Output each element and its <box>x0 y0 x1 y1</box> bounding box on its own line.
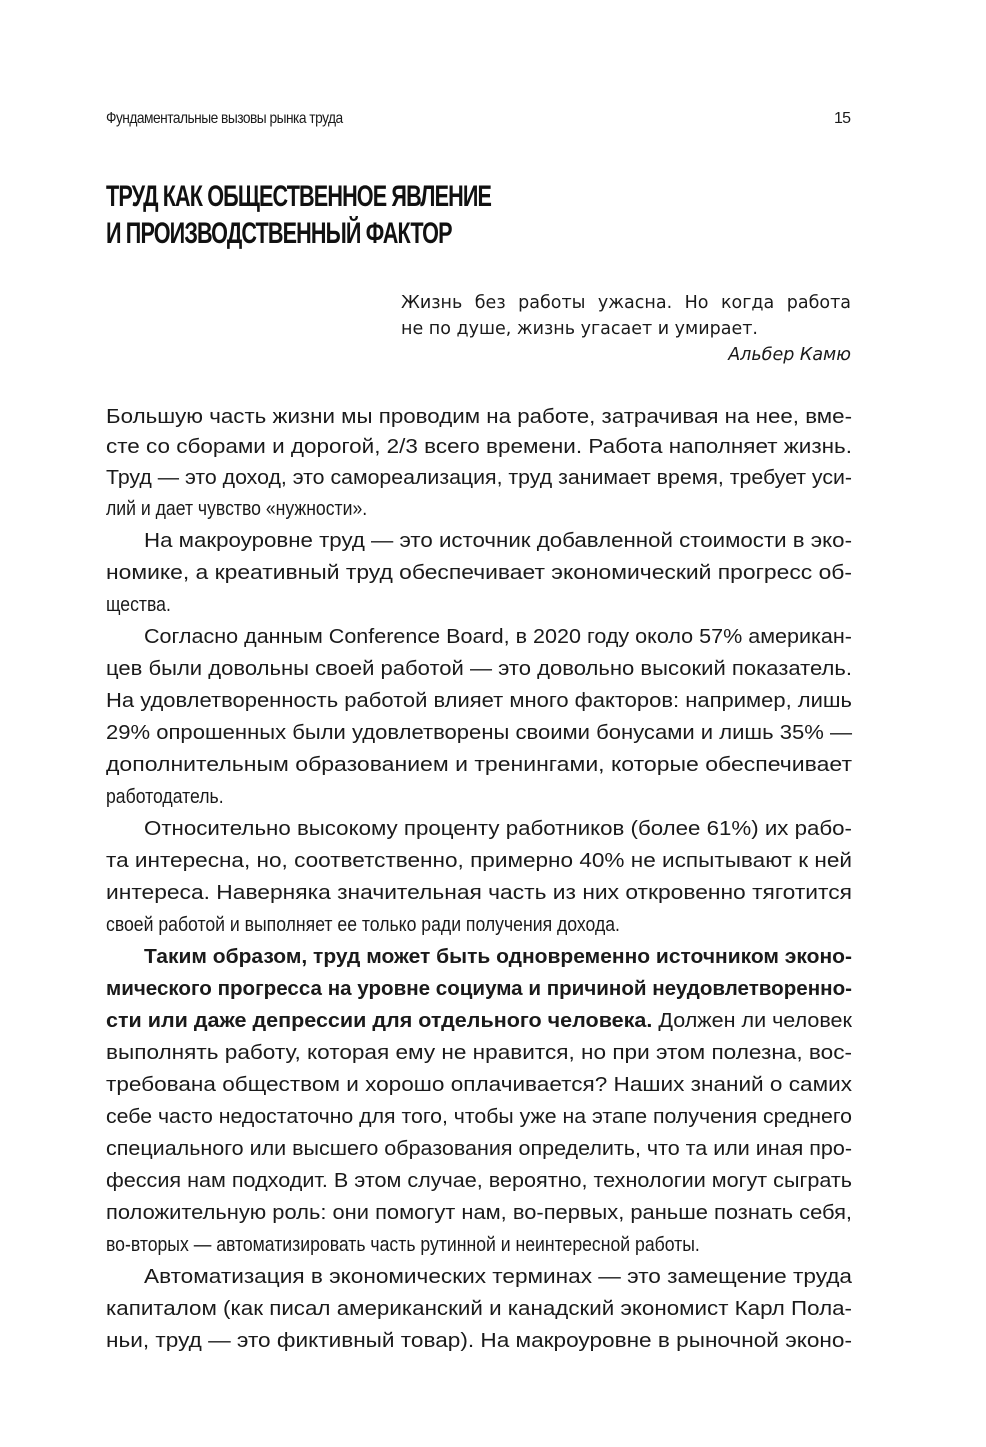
body-line-text: номике, а креативный труд обеспечивает э… <box>106 558 852 588</box>
chapter-title-line-2: И ПРОИЗВОДСТВЕННЫЙ ФАКТОР <box>106 215 491 252</box>
body-line: выполнять работу, которая ему не нравитс… <box>106 1038 852 1068</box>
body-line-text: дополнительным образованием и тренингами… <box>106 750 852 780</box>
body-line: сти или даже депрессии для отдельного че… <box>106 1006 852 1036</box>
body-line: специального или высшего образования опр… <box>106 1134 852 1164</box>
body-line: цев были довольны своей работой — это до… <box>106 654 852 684</box>
body-line-text: та интересна, но, соответственно, пример… <box>106 846 852 876</box>
body-line-text: мического прогресса на уровне социума и … <box>106 974 852 1004</box>
body-line: ньи, труд — это фиктивный товар). На мак… <box>106 1326 852 1356</box>
body-line-text: цев были довольны своей работой — это до… <box>106 654 852 684</box>
body-line: работодатель. <box>106 782 852 812</box>
body-line-text: 29% опрошенных были удовлетворены своими… <box>106 718 852 748</box>
epigraph: Жизнь без работы ужасна. Но когда работа… <box>401 290 851 368</box>
body-line: Таким образом, труд может быть одновреме… <box>106 942 852 972</box>
body-line: Труд — это доход, это самореализация, тр… <box>106 463 852 493</box>
body-line: мического прогресса на уровне социума и … <box>106 974 852 1004</box>
epigraph-quote-line-1: Жизнь без работы ужасна. Но когда работа <box>401 290 851 316</box>
body-line: во-вторых — автоматизировать часть рутин… <box>106 1230 852 1260</box>
body-line: та интересна, но, соответственно, пример… <box>106 846 852 876</box>
page-number: 15 <box>834 110 850 128</box>
body-line-text: положительную роль: они помогут нам, во-… <box>106 1198 852 1228</box>
body-line: капиталом (как писал американский и кана… <box>106 1294 852 1324</box>
body-line-text: требована обществом и хорошо оплачиваетс… <box>106 1070 852 1100</box>
running-header: Фундаментальные вызовы рынка труда <box>106 110 748 134</box>
body-line-text: щества. <box>106 590 171 620</box>
body-line-text: работодатель. <box>106 782 224 812</box>
chapter-title-line-1: ТРУД КАК ОБЩЕСТВЕННОЕ ЯВЛЕНИЕ <box>106 178 491 215</box>
body-line-text: На макроуровне труд — это источник добав… <box>144 526 852 556</box>
body-line: требована обществом и хорошо оплачиваетс… <box>106 1070 852 1100</box>
body-line: лий и дает чувство «нужности». <box>106 494 852 524</box>
body-line-text: Согласно данным Conference Board, в 2020… <box>144 622 852 652</box>
running-title: Фундаментальные вызовы рынка труда <box>106 110 343 128</box>
body-line-text: Автоматизация в экономических терминах —… <box>144 1262 852 1292</box>
chapter-title: ТРУД КАК ОБЩЕСТВЕННОЕ ЯВЛЕНИЕ И ПРОИЗВОД… <box>106 178 491 252</box>
body-line-text: себе часто недостаточно для того, чтобы … <box>106 1102 852 1132</box>
body-line-text: капиталом (как писал американский и кана… <box>106 1294 852 1324</box>
body-line: себе часто недостаточно для того, чтобы … <box>106 1102 852 1132</box>
body-line: положительную роль: они помогут нам, во-… <box>106 1198 852 1228</box>
body-line-text: фессия нам подходит. В этом случае, веро… <box>106 1166 852 1196</box>
body-line-text: интереса. Наверняка значительная часть и… <box>106 878 852 908</box>
body-line-text: Труд — это доход, это самореализация, тр… <box>106 463 852 493</box>
body-line: 29% опрошенных были удовлетворены своими… <box>106 718 852 748</box>
body-line: фессия нам подходит. В этом случае, веро… <box>106 1166 852 1196</box>
body-line-text: своей работой и выполняет ее только ради… <box>106 910 620 940</box>
body-line: Большую часть жизни мы проводим на работ… <box>106 402 852 432</box>
body-line: Относительно высокому проценту работнико… <box>106 814 852 844</box>
epigraph-author: Альбер Камю <box>401 342 851 368</box>
body-line-text: Большую часть жизни мы проводим на работ… <box>106 402 852 432</box>
body-line: Автоматизация в экономических терминах —… <box>106 1262 852 1292</box>
body-line: На удовлетворенность работой влияет мног… <box>106 686 852 716</box>
body-line-text: лий и дает чувство «нужности». <box>106 494 367 524</box>
body-line: дополнительным образованием и тренингами… <box>106 750 852 780</box>
body-line-text: Относительно высокому проценту работнико… <box>144 814 852 844</box>
body-line: щества. <box>106 590 852 620</box>
body-line-regular-text: Должен ли человек <box>652 1009 852 1032</box>
body-line-text: специального или высшего образования опр… <box>106 1134 852 1164</box>
book-page: Фундаментальные вызовы рынка труда 15 ТР… <box>0 0 986 1447</box>
body-line: сте со сборами и дорогой, 2/3 всего врем… <box>106 432 852 462</box>
body-line-text: сти или даже депрессии для отдельного че… <box>106 1006 852 1036</box>
body-line-text: сте со сборами и дорогой, 2/3 всего врем… <box>106 432 852 462</box>
epigraph-quote-line-2: не по душе, жизнь угасает и умирает. <box>401 316 851 342</box>
body-line: номике, а креативный труд обеспечивает э… <box>106 558 852 588</box>
body-line-text: ньи, труд — это фиктивный товар). На мак… <box>106 1326 852 1356</box>
body-line-text: во-вторых — автоматизировать часть рутин… <box>106 1230 700 1260</box>
body-line: На макроуровне труд — это источник добав… <box>106 526 852 556</box>
body-line-text: На удовлетворенность работой влияет мног… <box>106 686 852 716</box>
body-line: своей работой и выполняет ее только ради… <box>106 910 852 940</box>
body-line: Согласно данным Conference Board, в 2020… <box>106 622 852 652</box>
body-line: интереса. Наверняка значительная часть и… <box>106 878 852 908</box>
body-line-text: выполнять работу, которая ему не нравитс… <box>106 1038 852 1068</box>
body-line-text: Таким образом, труд может быть одновреме… <box>144 942 852 972</box>
body-line-bold-text: сти или даже депрессии для отдельного че… <box>106 1009 652 1032</box>
